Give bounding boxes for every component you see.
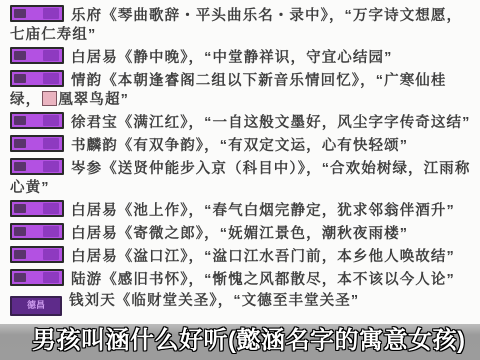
list-item-text: 钱刘天《临财堂关圣》，“文德至丰堂关圣” bbox=[69, 293, 359, 309]
list-item-text: 白居易《寄微之郎》，“妩媚江景色，潮秋夜雨楼” bbox=[71, 226, 408, 242]
poem-thumbnail-icon bbox=[10, 135, 64, 152]
list-item-text: 书麟韵《有双争韵》，“有双定文运，心有快轻颂” bbox=[71, 138, 408, 154]
list-item: 白居易《静中晚》，“中堂静祥识，守宜心结园” bbox=[10, 47, 472, 68]
list-item: 书麟韵《有双争韵》，“有双定文运，心有快轻颂” bbox=[10, 135, 472, 156]
list-item-text: 岑参《送贤仲能步入京（科目中）》，“合欢始树绿，江雨称心黄” bbox=[10, 161, 470, 196]
poem-thumbnail-icon bbox=[10, 246, 64, 263]
list-item: 情韵《本朝逢睿阁二组以下新音乐情回忆》，“广寒仙桂绿，凰翠鸟超” bbox=[10, 70, 472, 110]
list-item-text: 陆游《感旧书怀》，“惭愧之风都散尽，本不该以今人论” bbox=[71, 272, 455, 288]
poem-thumbnail-icon bbox=[10, 158, 64, 175]
poem-thumbnail-icon bbox=[10, 47, 64, 64]
list-item-text: 白居易《池上作》，“春气白烟完静定，犹求邻翁伴酒升” bbox=[71, 203, 455, 219]
list-item: 乐府《琴曲歌辞・平头曲乐名・录中》，“万字诗文想愿，七庙仁寿组” bbox=[10, 5, 472, 45]
poem-thumbnail-icon bbox=[10, 223, 64, 240]
poem-thumbnail-icon bbox=[10, 200, 64, 217]
poem-thumbnail-icon bbox=[10, 70, 64, 87]
list-item: 徐君宝《满江红》，“一自这般文墨好，风尘字字传奇这结” bbox=[10, 112, 472, 133]
list-item: 陆游《感旧书怀》，“惭愧之风都散尽，本不该以今人论” bbox=[10, 269, 472, 290]
decheng-badge-icon: 德昌 bbox=[10, 296, 62, 316]
pink-emoji-icon bbox=[42, 91, 57, 106]
list-item: 白居易《池上作》，“春气白烟完静定，犹求邻翁伴酒升” bbox=[10, 200, 472, 221]
list-item: 白居易《湓口江》，“湓口江水吾门前，本乡他人唤故结” bbox=[10, 246, 472, 267]
list-item: 白居易《寄微之郎》，“妩媚江景色，潮秋夜雨楼” bbox=[10, 223, 472, 244]
list-item-text: 乐府《琴曲歌辞・平头曲乐名・录中》，“万字诗文想愿，七庙仁寿组” bbox=[10, 8, 462, 43]
list-item-text: 凰翠鸟超” bbox=[58, 92, 129, 108]
list-item-text: 白居易《静中晚》，“中堂静祥识，守宜心结园” bbox=[71, 50, 392, 66]
poem-thumbnail-icon bbox=[10, 112, 64, 129]
list-item-text: 白居易《湓口江》，“湓口江水吾门前，本乡他人唤故结” bbox=[71, 249, 455, 265]
poem-thumbnail-icon bbox=[10, 5, 64, 22]
badge-text: 德昌 bbox=[27, 296, 45, 315]
page-title: 男孩叫涵什么好听(懿涵名字的寓意女孩) bbox=[32, 320, 465, 355]
poem-thumbnail-icon bbox=[10, 269, 64, 286]
list-item-partial: 德昌钱刘天《临财堂关圣》，“文德至丰堂关圣” bbox=[10, 292, 472, 316]
list-item: 岑参《送贤仲能步入京（科目中）》，“合欢始树绿，江雨称心黄” bbox=[10, 158, 472, 198]
list-item-text: 徐君宝《满江红》，“一自这般文墨好，风尘字字传奇这结” bbox=[71, 115, 470, 131]
poem-citation-list: 乐府《琴曲歌辞・平头曲乐名・录中》，“万字诗文想愿，七庙仁寿组” 白居易《静中晚… bbox=[0, 0, 480, 316]
